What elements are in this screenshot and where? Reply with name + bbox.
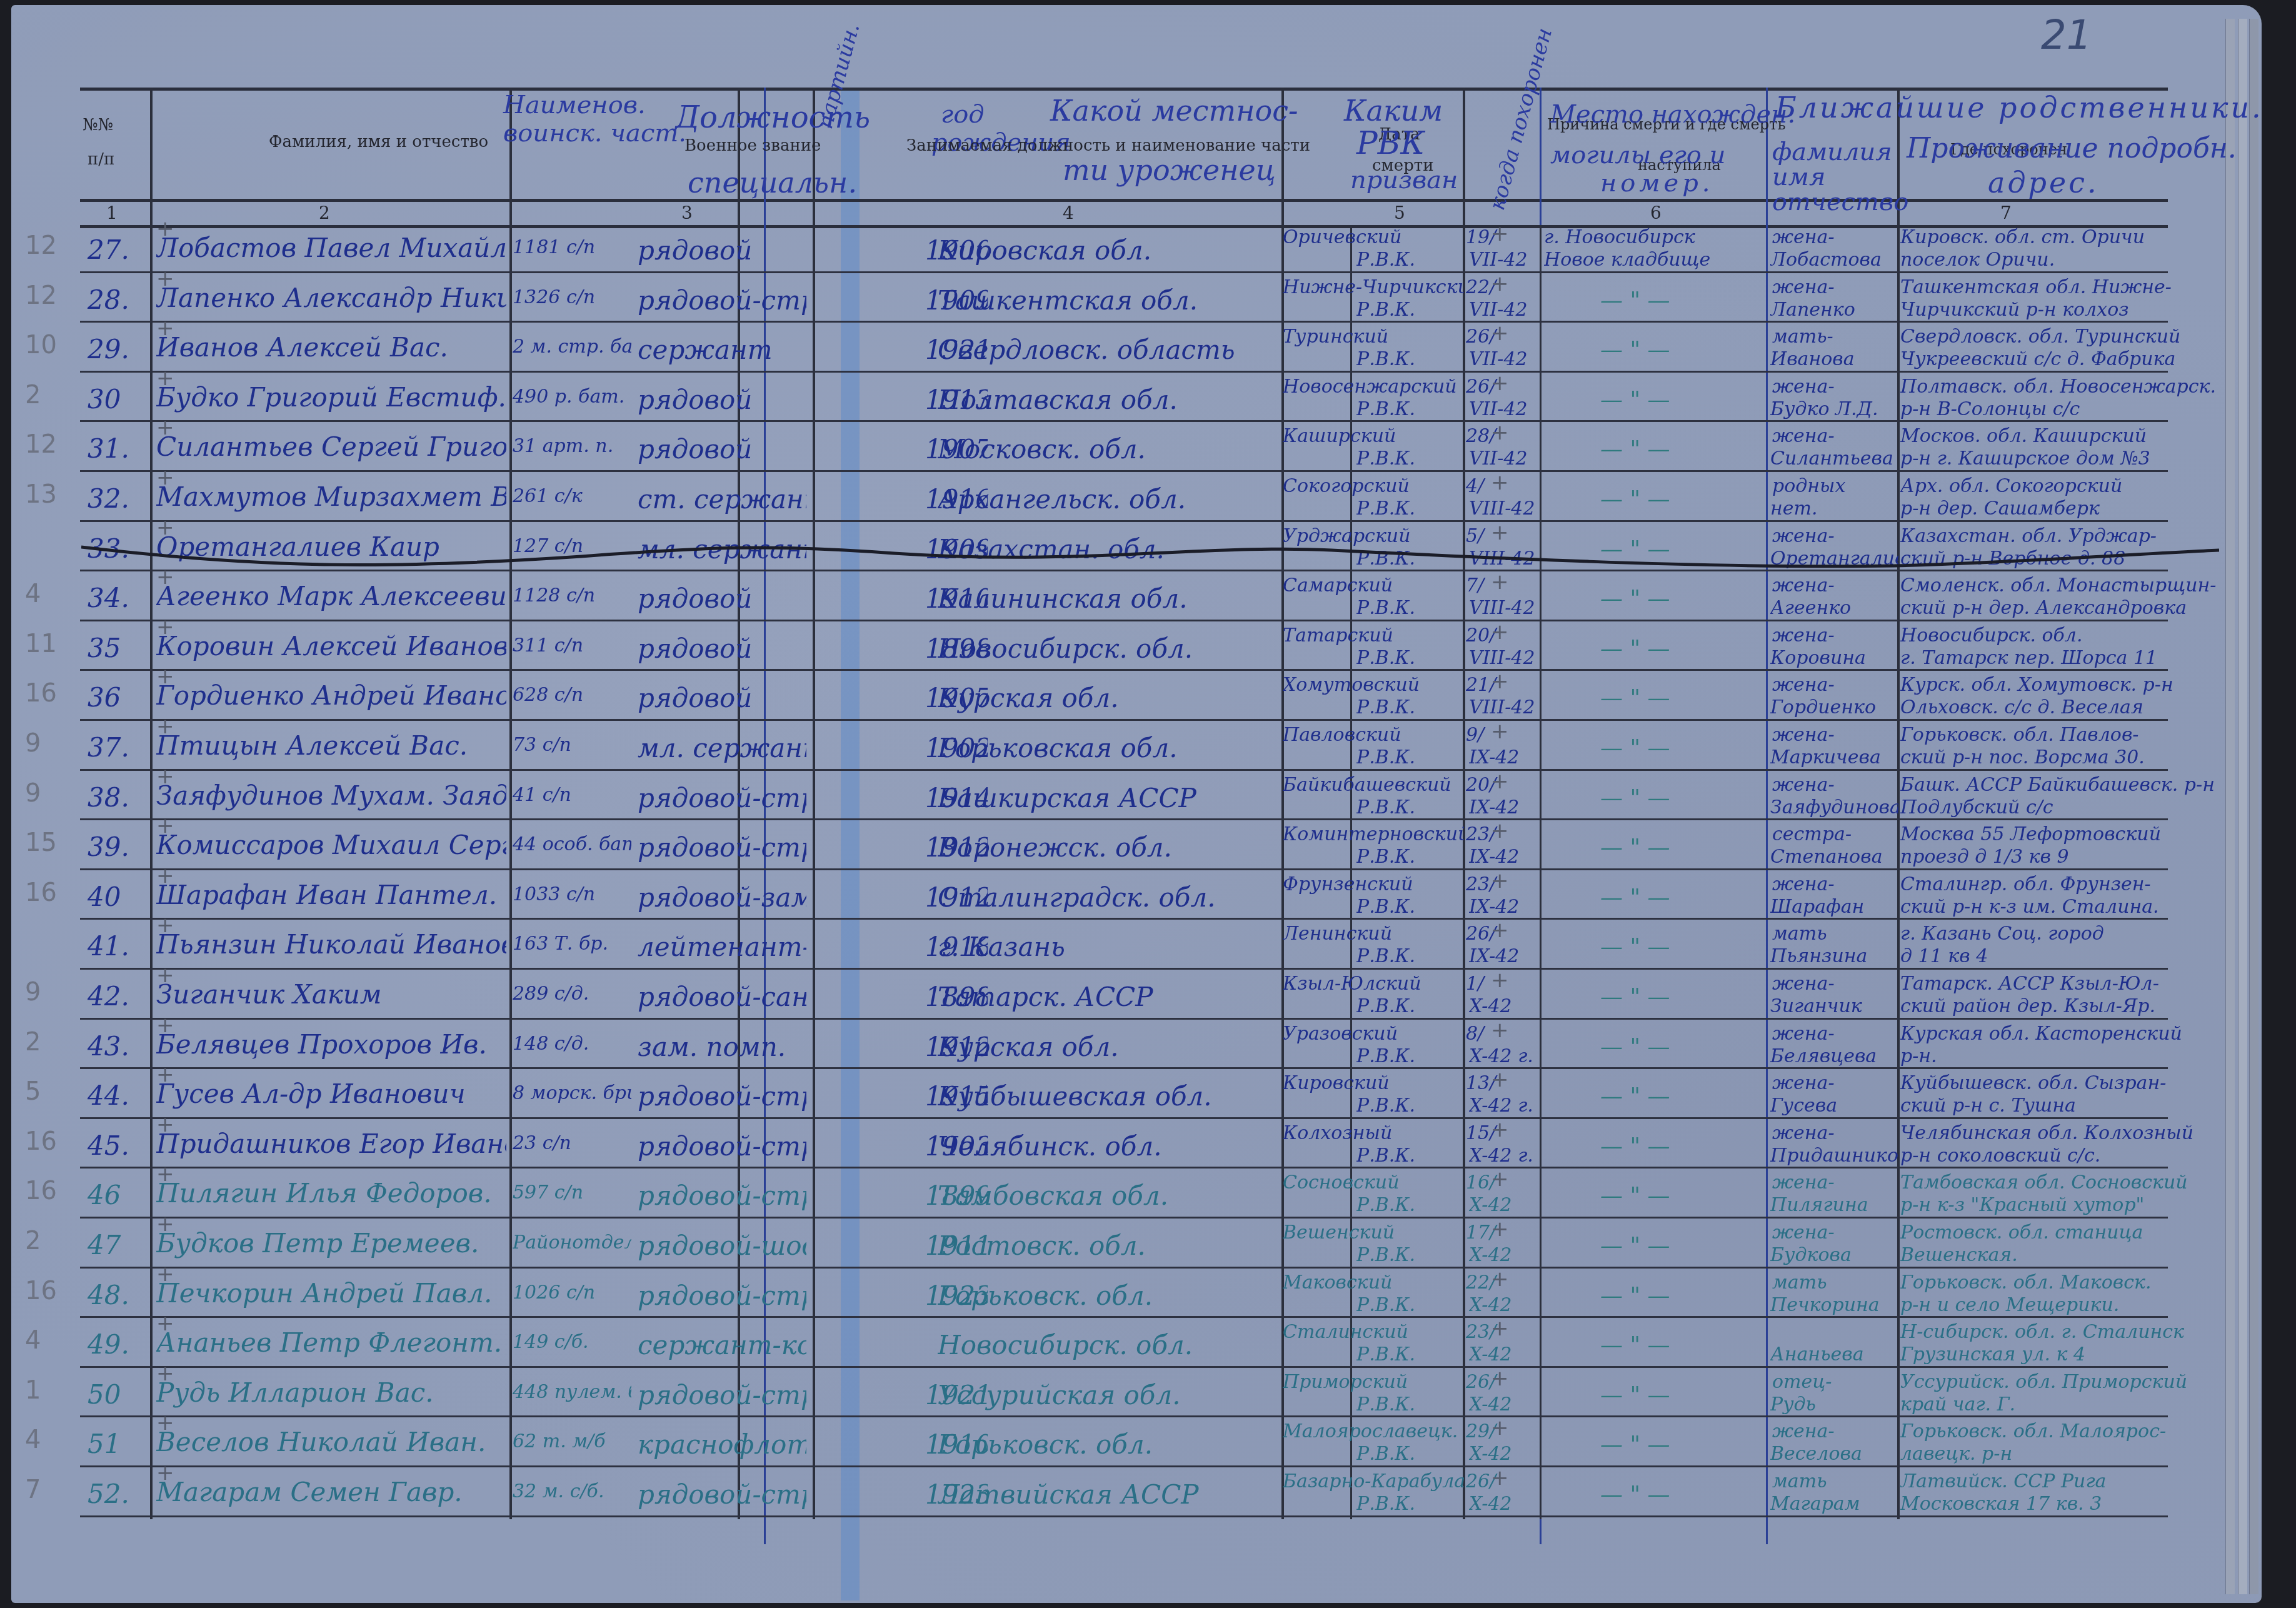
row-rule [80, 818, 2168, 820]
cross-mark-icon: + [1491, 271, 1509, 296]
military-unit: 73 с/п [513, 734, 631, 756]
burial-month-year: IX-42 [1469, 796, 1538, 819]
row-number: 39. [88, 832, 129, 862]
full-name: Гордиенко Андрей Иванов. [156, 680, 506, 711]
pencil-margin-mark: 4 [25, 1326, 41, 1355]
relative-name: Ананьева [1770, 1344, 1898, 1366]
cross-mark-icon: + [156, 714, 174, 739]
row-number: 42. [88, 981, 129, 1012]
cross-mark-icon: + [156, 1062, 174, 1087]
header-col1-pp: п/п [88, 150, 114, 169]
relative-name: Гусева [1770, 1095, 1898, 1117]
pencil-margin-mark: 9 [25, 978, 41, 1007]
birthplace: Горьковск. обл. [938, 1280, 1275, 1311]
row-rule [80, 868, 2168, 870]
pencil-margin-mark: 16 [25, 1127, 57, 1156]
table-row: 1646Пилягин Илья Федоров.597 с/прядовой-… [0, 1170, 2296, 1220]
cross-mark-icon: + [1491, 1316, 1509, 1341]
header-relatives: Ближайшие родственники. [1775, 91, 2263, 124]
row-rule [80, 1267, 2168, 1269]
relative-relation: жена- [1772, 724, 1897, 746]
row-rule [80, 620, 2168, 621]
birthplace: Ташкентская обл. [938, 285, 1275, 316]
rvk-name: Базарно-Карабулакский [1283, 1470, 1464, 1493]
table-row: 1135Коровин Алексей Иванов.311 с/прядово… [0, 623, 2296, 673]
relative-relation: мать [1772, 923, 1897, 945]
relative-address: Куйбышевск. обл. Сызран- [1900, 1072, 2225, 1095]
table-row: 449.Ананьев Петр Флегонт.149 с/б.сержант… [0, 1320, 2296, 1370]
grave-location-ditto: — " — [1600, 337, 1750, 363]
header-rvk-2: РВК [1356, 125, 1425, 161]
grave-location-ditto: — " — [1600, 436, 1750, 462]
relative-name: Будко Л.Д. [1770, 398, 1898, 421]
military-unit: 62 т. м/б [513, 1430, 631, 1453]
burial-month-year: VII-42 [1469, 448, 1538, 470]
relative-address: Грузинская ул. к 4 [1900, 1344, 2225, 1366]
relative-name: Зиганчик [1770, 995, 1898, 1018]
pencil-margin-mark: 12 [25, 281, 57, 310]
full-name: Печкорин Андрей Павл. [156, 1278, 506, 1309]
relative-address: Горьковск. обл. Павлов- [1900, 724, 2225, 746]
cross-mark-icon: + [156, 415, 174, 440]
full-name: Белявцев Прохоров Ив. [156, 1029, 506, 1060]
cross-mark-icon: + [156, 1162, 174, 1187]
row-number: 38. [88, 782, 129, 813]
pencil-margin-mark: 2 [25, 381, 41, 410]
rvk-name: Колхозный [1283, 1122, 1464, 1145]
cross-mark-icon: + [1491, 470, 1509, 495]
table-row: 1640Шарафан Иван Пантел.1033 с/прядовой-… [0, 872, 2296, 922]
rvk-name: Нижне-Чирчикский [1283, 276, 1464, 299]
relative-address: Челябинская обл. Колхозный [1900, 1122, 2225, 1145]
pencil-margin-mark: 13 [25, 480, 57, 509]
relative-address: Свердловск. обл. Туринский [1900, 326, 2225, 348]
row-number: 47 [88, 1230, 121, 1260]
rvk-name: Туринский [1283, 326, 1464, 348]
military-unit: 44 особ. бат. [513, 833, 631, 856]
military-unit: 148 с/д. [513, 1033, 631, 1055]
cross-mark-icon: + [1491, 420, 1509, 445]
birthplace: Курская обл. [938, 683, 1275, 713]
relative-relation: жена- [1772, 1222, 1897, 1244]
table-row: 1227.Лобастов Павел Михайлович1181 с/пря… [0, 225, 2296, 275]
relative-address: Подлубский с/с [1900, 796, 2225, 819]
header-grave-2: могилы его и [1550, 141, 1725, 169]
rvk-label: Р.В.К. [1356, 1443, 1456, 1465]
rvk-label: Р.В.К. [1356, 1194, 1456, 1217]
rvk-label: Р.В.К. [1356, 1294, 1456, 1317]
column-number: 5 [1394, 203, 1405, 223]
cross-mark-icon: + [156, 216, 174, 241]
relative-relation: родных [1772, 475, 1897, 498]
cross-mark-icon: + [156, 863, 174, 888]
row-rule [80, 1465, 2168, 1467]
pencil-margin-mark: 4 [25, 580, 41, 608]
rank-position: сержант [638, 334, 806, 365]
rvk-label: Р.В.К. [1356, 796, 1456, 819]
row-rule [80, 968, 2168, 970]
header-unit-2: воинск. част. [503, 119, 686, 148]
header-rvk-3: призван [1350, 166, 1458, 194]
row-number: 44. [88, 1080, 129, 1111]
relative-address: р-н В-Солонцы с/с [1900, 398, 2225, 421]
relative-name: Силантьева [1770, 448, 1898, 470]
grave-location-ditto: — " — [1600, 288, 1750, 313]
rank-position: рядовой-зам. помп. [638, 882, 806, 913]
relative-name: Придашникова [1770, 1145, 1898, 1167]
relative-address: р-н и село Мещерики. [1900, 1294, 2225, 1317]
pencil-margin-mark: 2 [25, 1227, 41, 1255]
military-unit: 1033 с/п [513, 883, 631, 906]
relative-address: р-н соколовский с/с. [1900, 1145, 2225, 1167]
full-name: Агеенко Марк Алексеевич [156, 581, 506, 611]
military-unit: 1326 с/п [513, 286, 631, 309]
military-unit: 311 с/п [513, 635, 631, 657]
cross-mark-icon: + [1491, 669, 1509, 694]
rvk-label: Р.В.К. [1356, 299, 1456, 321]
rank-position: сержант-ком. отд. [638, 1330, 806, 1360]
header-col4-print: Занимаемая должность и наименование част… [906, 136, 1310, 155]
burial-month-year: IX-42 [1469, 896, 1538, 918]
birthplace: Свердловск. область [938, 334, 1275, 365]
rvk-name: Уразовский [1283, 1023, 1464, 1045]
strikethrough-row-33 [81, 544, 2219, 569]
column-number: 3 [681, 203, 693, 223]
cross-mark-icon: + [1491, 918, 1509, 943]
grave-location-ditto: — " — [1600, 1034, 1750, 1060]
cross-mark-icon: + [156, 1410, 174, 1435]
relative-address: ский р-н дер. Александровка [1900, 597, 2225, 620]
pencil-margin-mark: 9 [25, 729, 41, 758]
birthplace: Новосибирск. обл. [938, 1330, 1275, 1360]
pencil-margin-mark: 12 [25, 430, 57, 459]
relative-name: Будкова [1770, 1244, 1898, 1267]
rvk-label: Р.В.К. [1356, 398, 1456, 421]
relative-address: Курская обл. Касторенский [1900, 1023, 2225, 1045]
row-rule [80, 371, 2168, 373]
grave-location-ditto: — " — [1600, 387, 1750, 413]
burial-month-year: VIII-42 [1469, 597, 1538, 620]
burial-month-year: VIII-42 [1469, 696, 1538, 719]
grave-location-ditto: — " — [1600, 1332, 1750, 1358]
cross-mark-icon: + [1491, 1415, 1509, 1440]
row-rule [80, 1366, 2168, 1368]
table-row: 243.Белявцев Прохоров Ив.148 с/д.зам. по… [0, 1022, 2296, 1072]
relative-address: Московская 17 кв. 3 [1900, 1493, 2225, 1515]
relative-name: Лапенко [1770, 299, 1898, 321]
relative-relation: жена- [1772, 674, 1897, 696]
rank-position: рядовой-стрелок [638, 783, 806, 813]
burial-month-year: X-42 [1469, 1493, 1538, 1515]
relative-address: Чирчикский р-н колхоз [1900, 299, 2225, 321]
military-unit: 1128 с/п [513, 585, 631, 607]
row-rule [80, 1217, 2168, 1219]
page-number: 21 [2041, 13, 2092, 59]
cross-mark-icon: + [1491, 1067, 1509, 1092]
rvk-label: Р.В.К. [1356, 597, 1456, 620]
relative-name: Пилягина [1770, 1194, 1898, 1217]
cross-mark-icon: + [156, 764, 174, 789]
header-col1-no: №№ [83, 116, 113, 134]
rvk-name: Павловский [1283, 724, 1464, 746]
relative-relation: жена- [1772, 376, 1897, 398]
pencil-margin-mark: 11 [25, 630, 57, 658]
grave-location-ditto: — " — [1600, 1133, 1750, 1159]
cross-mark-icon: + [1491, 1267, 1509, 1292]
relative-name: Агеенко [1770, 597, 1898, 620]
pencil-margin-mark: 12 [25, 231, 57, 260]
birthplace: Латвийская АССР [938, 1479, 1275, 1510]
full-name: Пилягин Илья Федоров. [156, 1178, 506, 1209]
cross-mark-icon: + [1491, 620, 1509, 645]
relative-address: ский р-н с. Тушна [1900, 1095, 2225, 1117]
full-name: Ананьев Петр Флегонт. [156, 1327, 506, 1358]
relative-address: р-н. [1900, 1045, 2225, 1068]
row-number: 28. [88, 284, 129, 315]
pencil-margin-mark: 16 [25, 1277, 57, 1305]
pencil-margin-mark: 9 [25, 779, 41, 808]
relative-relation: жена- [1772, 1072, 1897, 1095]
cross-mark-icon: + [156, 366, 174, 391]
grave-location-ditto: — " — [1600, 785, 1750, 811]
row-rule [80, 1167, 2168, 1168]
row-rule [80, 769, 2168, 771]
burial-month-year: X-42 г. [1469, 1045, 1538, 1068]
relative-relation: мать [1772, 1470, 1897, 1493]
birthplace: Курская обл. [938, 1032, 1275, 1062]
military-unit: 597 с/п [513, 1182, 631, 1204]
row-rule [80, 1067, 2168, 1069]
relative-address: ский р-н к-з им. Сталина. [1900, 896, 2225, 918]
cross-mark-icon: + [1491, 321, 1509, 346]
burial-month-year: IX-42 [1469, 945, 1538, 968]
relative-relation: жена- [1772, 226, 1897, 249]
rvk-label: Р.В.К. [1356, 995, 1456, 1018]
full-name: Веселов Николай Иван. [156, 1427, 506, 1457]
relative-name: Магарам [1770, 1493, 1898, 1515]
relative-name: Веселова [1770, 1443, 1898, 1465]
rvk-name: Сосновский [1283, 1172, 1464, 1194]
full-name: Зиганчик Хаким [156, 979, 506, 1010]
grave-location-ditto: — " — [1600, 934, 1750, 960]
cross-mark-icon: + [156, 615, 174, 640]
relative-relation: жена- [1772, 575, 1897, 597]
rvk-name: Коминтерновский [1283, 823, 1464, 846]
relative-relation: мать [1772, 1272, 1897, 1294]
cross-mark-icon: + [156, 813, 174, 838]
grave-location-ditto: — " — [1600, 636, 1750, 661]
rvk-name: Сокогорский [1283, 475, 1464, 498]
relative-relation: жена- [1772, 425, 1897, 448]
rvk-label: Р.В.К. [1356, 498, 1456, 520]
rank-position: рядовой-стрелок [638, 832, 806, 863]
row-number: 32. [88, 483, 129, 514]
birthplace: Куйбышевская обл. [938, 1081, 1275, 1112]
rank-position: рядовой-санитар [638, 982, 806, 1012]
rank-position: рядовой [638, 633, 806, 664]
table-row: 247Будков Петр Еремеев.Районотдел НКВДря… [0, 1220, 2296, 1270]
burial-month-year: VIII-42 [1469, 647, 1538, 670]
cross-mark-icon: + [1491, 719, 1509, 744]
rvk-name: Фрунзенский [1283, 873, 1464, 896]
row-number: 37. [88, 732, 129, 763]
cross-mark-icon: + [156, 1013, 174, 1038]
cross-mark-icon: + [1491, 1018, 1509, 1043]
rvk-label: Р.В.К. [1356, 746, 1456, 769]
full-name: Шарафан Иван Пантел. [156, 880, 506, 910]
pencil-margin-mark: 15 [25, 828, 57, 857]
relative-address: Тамбовская обл. Сосновский [1900, 1172, 2225, 1194]
grave-location-ditto: — " — [1600, 984, 1750, 1010]
rank-position: рядовой-стрелок [638, 1280, 806, 1311]
relative-relation: сестра- [1772, 823, 1897, 846]
burial-month-year: VIII-42 [1469, 498, 1538, 520]
pencil-margin-mark: 4 [25, 1425, 41, 1454]
cross-mark-icon: + [156, 316, 174, 341]
relative-address: Кировск. обл. ст. Оричи [1900, 226, 2225, 249]
pencil-margin-mark: 1 [25, 1376, 41, 1405]
burial-month-year: X-42 [1469, 1194, 1538, 1217]
full-name: Птицын Алексей Вас. [156, 730, 506, 761]
cross-mark-icon: + [1491, 1167, 1509, 1192]
relative-name: Степанова [1770, 846, 1898, 868]
rvk-name: Маковский [1283, 1272, 1464, 1294]
row-number: 43. [88, 1031, 129, 1062]
burial-month-year: VII-42 [1469, 299, 1538, 321]
birthplace: Челябинск. обл. [938, 1131, 1275, 1162]
table-row: 752.Магарам Семен Гавр.32 м. с/б.рядовой… [0, 1469, 2296, 1519]
burial-month-year: X-42 [1469, 1244, 1538, 1267]
cross-mark-icon: + [1491, 868, 1509, 893]
table-row: 937.Птицын Алексей Вас.73 с/пмл. сержант… [0, 723, 2296, 773]
birthplace: Горьковск. обл. [938, 1429, 1275, 1460]
column-number: 1 [106, 203, 118, 223]
relative-name: нет. [1770, 498, 1898, 520]
relative-address: Уссурийск. обл. Приморский [1900, 1371, 2225, 1394]
relative-relation: жена- [1772, 774, 1897, 796]
row-rule [80, 669, 2168, 671]
relative-address: д 11 кв 4 [1900, 945, 2225, 968]
birthplace: Новосибирск. обл. [938, 633, 1275, 664]
relative-address: Вешенская. [1900, 1244, 2225, 1267]
military-unit: 628 с/п [513, 684, 631, 706]
table-row: 942.Зиганчик Хаким289 с/д.рядовой-санита… [0, 972, 2296, 1022]
military-unit: 1026 с/п [513, 1282, 631, 1304]
rvk-label: Р.В.К. [1356, 348, 1456, 371]
military-unit: 41 с/п [513, 784, 631, 807]
rank-position: рядовой [638, 583, 806, 614]
rvk-label: Р.В.К. [1356, 896, 1456, 918]
table-row: 434.Агеенко Марк Алексеевич1128 с/прядов… [0, 573, 2296, 623]
row-number: 49. [88, 1329, 129, 1360]
birthplace: Башкирская АССР [938, 783, 1275, 813]
rvk-label: Р.В.К. [1356, 696, 1456, 719]
cross-mark-icon: + [1491, 1217, 1509, 1242]
burial-month-year: VII-42 [1469, 249, 1538, 271]
relative-address: Латвийск. ССР Рига [1900, 1470, 2225, 1493]
burial-month-year: X-42 [1469, 1443, 1538, 1465]
full-name: Придашников Егор Иванов. [156, 1128, 506, 1159]
rank-position: рядовой-стрелок [638, 1081, 806, 1112]
relative-address: Полтавск. обл. Новосенжарск. [1900, 376, 2225, 398]
rank-position: лейтенант-ком. взв. [638, 932, 806, 962]
grave-location-ditto: — " — [1600, 1382, 1750, 1408]
row-number: 31. [88, 433, 129, 464]
birthplace: Тамбовская обл. [938, 1180, 1275, 1211]
birthplace: Ростовск. обл. [938, 1230, 1275, 1261]
cross-mark-icon: + [1491, 818, 1509, 843]
military-unit: 1181 с/п [513, 236, 631, 259]
row-rule [80, 1018, 2168, 1020]
header-birth-year-1: год [941, 100, 985, 129]
rank-position: мл. сержант [638, 733, 806, 763]
military-unit: 23 с/п [513, 1132, 631, 1155]
rvk-label: Р.В.К. [1356, 846, 1456, 868]
cross-mark-icon: + [1491, 221, 1509, 246]
table-row: 150Рудь Илларион Вас.448 пулем. батал.ря… [0, 1370, 2296, 1420]
rank-position: зам. помп. [638, 1032, 806, 1062]
cross-mark-icon: + [156, 913, 174, 938]
burial-month-year: X-42 [1469, 1394, 1538, 1416]
relative-name: Шарафан [1770, 896, 1898, 918]
cross-mark-icon: + [156, 1212, 174, 1237]
header-col2: Фамилия, имя и отчество [269, 133, 488, 151]
relative-address: Курск. обл. Хомутовск. р-н [1900, 674, 2225, 696]
rank-position: рядовой-стрелок [638, 1180, 806, 1211]
rvk-label: Р.В.К. [1356, 1493, 1456, 1515]
rank-position: рядовой-стрелок [638, 1479, 806, 1510]
relative-address: Арх. обл. Сокогорский [1900, 475, 2225, 498]
relative-address: проезд д 1/3 кв 9 [1900, 846, 2225, 868]
burial-month-year: IX-42 [1469, 846, 1538, 868]
row-rule [80, 271, 2168, 273]
rvk-label: Р.В.К. [1356, 1095, 1456, 1117]
military-unit: Районотдел НКВД [513, 1232, 631, 1254]
relative-address: Ташкентская обл. Нижне- [1900, 276, 2225, 299]
birthplace: Воронежск. обл. [938, 832, 1275, 863]
column-number: 2 [319, 203, 330, 223]
rvk-name: Татарский [1283, 625, 1464, 647]
rvk-name: Ленинский [1283, 923, 1464, 945]
military-unit: 448 пулем. батал. [513, 1381, 631, 1404]
rvk-name: Каширский [1283, 425, 1464, 448]
relative-address: Горьковск. обл. Малоярос- [1900, 1420, 2225, 1443]
burial-month-year: VII-42 [1469, 398, 1538, 421]
relative-relation: жена- [1772, 1420, 1897, 1443]
rvk-name: Кировский [1283, 1072, 1464, 1095]
relative-address: р-н дер. Сашамберк [1900, 498, 2225, 520]
rvk-name: Сталинский [1283, 1321, 1464, 1344]
row-number: 51 [88, 1429, 121, 1459]
full-name: Лобастов Павел Михайлович [156, 233, 506, 263]
table-row: 1648.Печкорин Андрей Павл.1026 с/прядово… [0, 1270, 2296, 1320]
row-number: 40 [88, 882, 121, 912]
row-number: 34. [88, 583, 129, 613]
row-rule [80, 1415, 2168, 1417]
row-rule [80, 1117, 2168, 1119]
relative-address: р-н г. Каширское дом №3 [1900, 448, 2225, 470]
pencil-margin-mark: 2 [25, 1028, 41, 1057]
table-row: 1645.Придашников Егор Иванов.23 с/прядов… [0, 1121, 2296, 1171]
rvk-label: Р.В.К. [1356, 1145, 1456, 1167]
table-row: 544.Гусев Ал-др Иванович8 морск. бриг.ря… [0, 1071, 2296, 1121]
rvk-label: Р.В.К. [1356, 1344, 1456, 1366]
row-number: 30 [88, 384, 121, 415]
grave-location-ditto: — " — [1600, 1183, 1750, 1209]
header-birthplace-2: ти уроженец [1063, 153, 1276, 187]
rvk-name: Вешенский [1283, 1222, 1464, 1244]
rank-position: краснофлотец [638, 1429, 806, 1460]
